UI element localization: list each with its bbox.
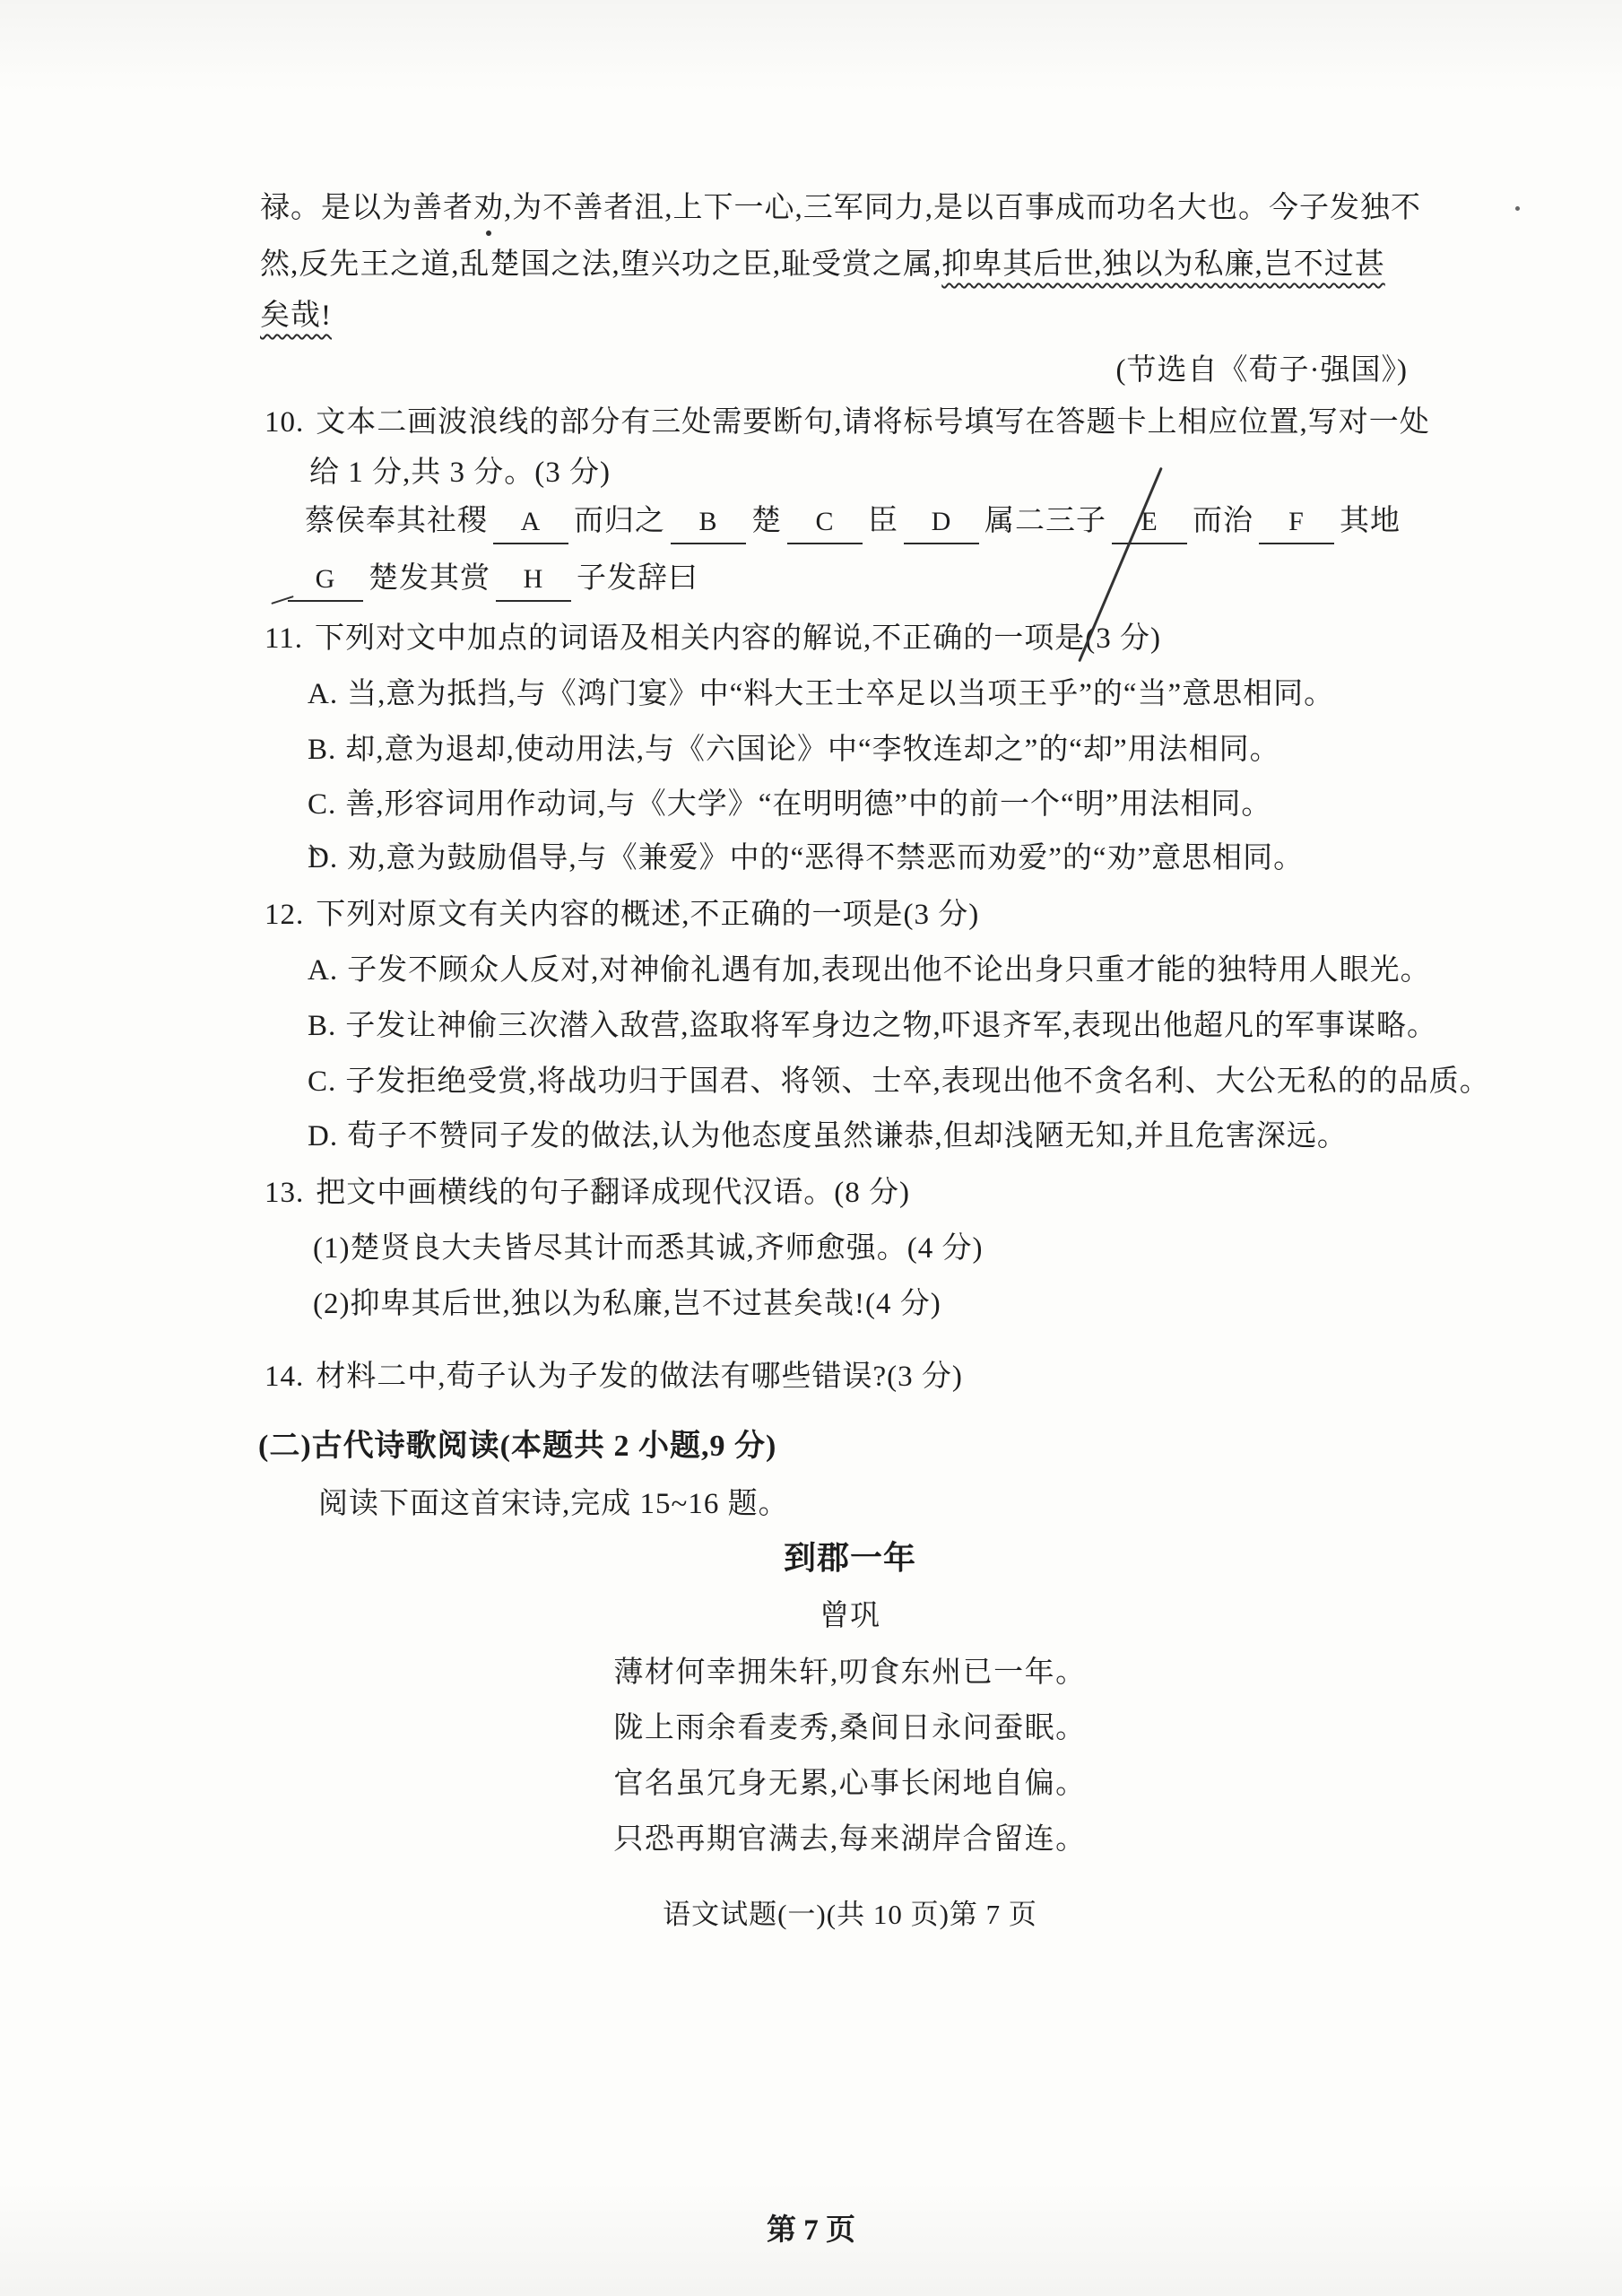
poem-title: 到郡一年	[260, 1537, 1440, 1578]
passage-line-3: 矣哉!	[260, 295, 332, 336]
question-11-stem: 11.下列对文中加点的词语及相关内容的解说,不正确的一项是(3 分)	[265, 618, 1161, 659]
section-heading-text: (二)古代诗歌阅读(本题共 2 小题,9 分)	[258, 1430, 776, 1463]
segment-text: 而治	[1193, 505, 1253, 537]
option-text: 子发拒绝受赏,将战功归于国君、将领、士卒,表现出他不贪名利、大公无私的的品质。	[345, 1065, 1490, 1098]
sub-question-text: (1)楚贤良大夫皆尽其计而悉其诚,齐师愈强。(4 分)	[313, 1232, 983, 1265]
passage-text: 禄。是以为善者	[260, 192, 473, 224]
answer-blank-c: C	[787, 504, 863, 544]
answer-blank-b: B	[671, 504, 746, 544]
poem-intro: 阅读下面这首宋诗,完成 15~16 题。	[318, 1483, 789, 1525]
question-number: 12.	[265, 894, 304, 935]
question-12-option-d: D.荀子不赞同子发的做法,认为他态度虽然谦恭,但却浅陋无知,并且危害深远。	[308, 1116, 1348, 1157]
question-number: 14.	[265, 1356, 304, 1397]
question-11-option-a: A.当,意为抵挡,与《鸿门宴》中“料大王士卒足以当项王乎”的“当”意思相同。	[308, 674, 1334, 715]
question-number: 13.	[265, 1172, 304, 1213]
option-label: D.	[308, 838, 338, 879]
wavy-underlined-text: 抑卑其后世,独以为私廉,岂不过甚	[941, 248, 1385, 281]
option-text: 子发不顾众人反对,对神偷礼遇有加,表现出他不论出身只重才能的独特用人眼光。	[347, 954, 1431, 987]
question-10-segment-row-2: G楚发其赏H子发辞曰	[282, 558, 698, 602]
poem-line-1: 薄材何幸拥朱轩,叨食东州已一年。	[260, 1652, 1440, 1693]
option-label: D.	[308, 1116, 338, 1157]
poem-verse: 薄材何幸拥朱轩,叨食东州已一年。	[613, 1657, 1086, 1689]
sub-question-text: (2)抑卑其后世,独以为私廉,岂不过甚矣哉!(4 分)	[313, 1288, 941, 1320]
stem-text: 给 1 分,共 3 分。(3 分)	[309, 457, 611, 489]
answer-blank-h: H	[496, 561, 571, 602]
answer-blank-g: G	[288, 561, 363, 602]
question-10-stem: 10.文本二画波浪线的部分有三处需要断句,请将标号填写在答题卡上相应位置,写对一…	[265, 402, 1430, 443]
option-label: B.	[308, 1005, 336, 1047]
stem-text: 材料二中,荀子认为子发的做法有哪些错误?(3 分)	[316, 1361, 963, 1393]
source-text: (节选自《荀子·强国》)	[1116, 354, 1408, 387]
question-10-stem-line2: 给 1 分,共 3 分。(3 分)	[309, 452, 611, 493]
poem-line-3: 官名虽冗身无累,心事长闲地自偏。	[260, 1763, 1440, 1805]
passage-line-1: 禄。是以为善者劝,为不善者沮,上下一心,三军同力,是以百事成而功名大也。今子发独…	[260, 187, 1421, 229]
option-label: A.	[308, 950, 338, 991]
scan-speck	[1515, 206, 1520, 211]
question-14-stem: 14.材料二中,荀子认为子发的做法有哪些错误?(3 分)	[265, 1356, 963, 1397]
passage-line-2: 然,反先王之道,乱楚国之法,堕兴功之臣,耻受赏之属,抑卑其后世,独以为私廉,岂不…	[260, 244, 1385, 285]
option-text: 荀子不赞同子发的做法,认为他态度虽然谦恭,但却浅陋无知,并且危害深远。	[347, 1120, 1348, 1152]
passage-text: 然,反先王之道,乱楚国之法,堕兴功之臣,耻受赏之属,	[260, 248, 941, 281]
section-2-heading: (二)古代诗歌阅读(本题共 2 小题,9 分)	[258, 1426, 776, 1467]
answer-blank-e: E	[1112, 504, 1187, 544]
segment-text: 臣	[868, 505, 898, 537]
poem-verse: 只恐再期官满去,每来湖岸合留连。	[613, 1823, 1086, 1856]
intro-text: 阅读下面这首宋诗,完成 15~16 题。	[318, 1488, 789, 1520]
passage-source: (节选自《荀子·强国》)	[260, 350, 1408, 391]
option-label: B.	[308, 729, 336, 770]
answer-blank-d: D	[904, 504, 979, 544]
poem-line-2: 陇上雨余看麦秀,桑间日永问蚕眠。	[260, 1708, 1440, 1749]
option-text: 子发让神偷三次潜入敌营,盗取将军身边之物,吓退齐军,表现出他超凡的军事谋略。	[345, 1010, 1437, 1042]
option-text: 当,意为抵挡,与《鸿门宴》中“料大王士卒足以当项王乎”的“当”意思相同。	[347, 678, 1334, 710]
stem-text: 下列对原文有关内容的概述,不正确的一项是(3 分)	[316, 899, 979, 931]
poem-verse: 官名虽冗身无累,心事长闲地自偏。	[613, 1768, 1086, 1800]
stem-text: 下列对文中加点的词语及相关内容的解说,不正确的一项是(3 分)	[315, 622, 1161, 655]
question-12-stem: 12.下列对原文有关内容的概述,不正确的一项是(3 分)	[265, 894, 979, 935]
question-13-stem: 13.把文中画横线的句子翻译成现代汉语。(8 分)	[265, 1172, 910, 1213]
question-12-option-b: B.子发让神偷三次潜入敌营,盗取将军身边之物,吓退齐军,表现出他超凡的军事谋略。	[308, 1005, 1437, 1047]
poem-title-text: 到郡一年	[784, 1540, 916, 1576]
page-number-text: 第 7 页	[767, 2214, 855, 2247]
option-label: A.	[308, 674, 338, 715]
question-11-option-c: C.善,形容词用作动词,与《大学》“在明明德”中的前一个“明”用法相同。	[308, 784, 1271, 825]
page-number: 第 7 页	[0, 2206, 1622, 2248]
emphasized-char: 劝	[473, 187, 504, 229]
stem-text: 把文中画横线的句子翻译成现代汉语。(8 分)	[316, 1177, 910, 1209]
segment-text: 其地	[1340, 505, 1401, 537]
answer-blank-f: F	[1259, 504, 1334, 544]
question-number: 11.	[265, 618, 303, 659]
question-12-option-c: C.子发拒绝受赏,将战功归于国君、将领、士卒,表现出他不贪名利、大公无私的的品质…	[308, 1061, 1490, 1102]
question-11-option-b: B.却,意为退却,使动用法,与《六国论》中“李牧连却之”的“却”用法相同。	[308, 729, 1280, 770]
wavy-underlined-text: 矣哉!	[260, 300, 332, 332]
option-label: C.	[308, 1061, 336, 1102]
question-11-option-d: D.劝,意为鼓励倡导,与《兼爱》中的“恶得不禁恶而劝爱”的“劝”意思相同。	[308, 838, 1304, 879]
segment-text: 子发辞曰	[577, 562, 698, 595]
segment-text: 而归之	[574, 505, 665, 537]
poem-verse: 陇上雨余看麦秀,桑间日永问蚕眠。	[613, 1712, 1086, 1744]
question-number: 10.	[265, 402, 304, 443]
poem-author-text: 曾巩	[820, 1600, 880, 1632]
segment-text: 属二三子	[984, 505, 1106, 537]
stem-text: 文本二画波浪线的部分有三处需要断句,请将标号填写在答题卡上相应位置,写对一处	[316, 406, 1430, 439]
exam-footer-line: 语文试题(一)(共 10 页)第 7 页	[260, 1894, 1440, 1935]
segment-text: 楚发其赏	[369, 562, 490, 595]
footer-text: 语文试题(一)(共 10 页)第 7 页	[663, 1899, 1037, 1930]
segment-text: 楚	[751, 505, 782, 537]
option-label: C.	[308, 784, 336, 825]
question-12-option-a: A.子发不顾众人反对,对神偷礼遇有加,表现出他不论出身只重才能的独特用人眼光。	[308, 950, 1431, 991]
option-text: 却,意为退却,使动用法,与《六国论》中“李牧连却之”的“却”用法相同。	[345, 734, 1279, 766]
passage-text: ,为不善者沮,上下一心,三军同力,是以百事成而功名大也。今子发独不	[504, 192, 1421, 224]
poem-line-4: 只恐再期官满去,每来湖岸合留连。	[260, 1819, 1440, 1860]
exam-page: 禄。是以为善者劝,为不善者沮,上下一心,三军同力,是以百事成而功名大也。今子发独…	[0, 0, 1622, 2296]
question-10-segment-row-1: 蔡侯奉其社稷A而归之B楚C臣D属二三子E而治F其地	[305, 500, 1401, 544]
option-text: 善,形容词用作动词,与《大学》“在明明德”中的前一个“明”用法相同。	[345, 788, 1271, 821]
question-13-sub-2: (2)抑卑其后世,独以为私廉,岂不过甚矣哉!(4 分)	[313, 1283, 941, 1325]
question-13-sub-1: (1)楚贤良大夫皆尽其计而悉其诚,齐师愈强。(4 分)	[313, 1228, 983, 1269]
answer-blank-a: A	[493, 504, 568, 544]
segment-text: 蔡侯奉其社稷	[305, 505, 488, 537]
poem-author: 曾巩	[260, 1596, 1440, 1637]
option-text: 劝,意为鼓励倡导,与《兼爱》中的“恶得不禁恶而劝爱”的“劝”意思相同。	[347, 842, 1304, 874]
